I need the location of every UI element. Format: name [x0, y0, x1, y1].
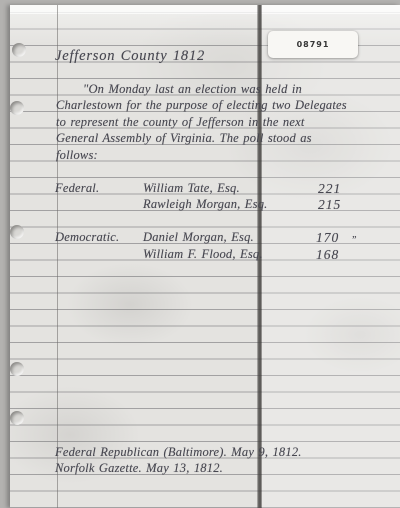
vote-count: 215	[318, 196, 341, 213]
hole-punch-5	[10, 411, 24, 425]
notebook-paper: 08791 Jefferson County 1812 "On Monday l…	[10, 5, 400, 508]
ditto-mark: ”	[351, 232, 357, 249]
paragraph-line-4: General Assembly of Virginia. The poll s…	[56, 130, 312, 147]
hole-punch-4	[10, 362, 24, 376]
citation-line-2: Norfolk Gazette. May 13, 1812.	[55, 460, 223, 477]
hole-punch-3	[10, 225, 24, 239]
paragraph-line-5: follows:	[56, 147, 98, 164]
vote-count: 170	[316, 229, 339, 246]
paragraph-line-1: "On Monday last an election was held in	[83, 81, 302, 98]
candidate-name: Rawleigh Morgan, Esq.	[143, 196, 267, 213]
candidate-name: Daniel Morgan, Esq.	[143, 229, 254, 246]
party-label: Democratic.	[55, 229, 119, 246]
candidate-name: William F. Flood, Esq.	[143, 246, 263, 263]
paragraph-line-3: to represent the county of Jefferson in …	[56, 114, 305, 131]
catalog-sticker: 08791	[268, 31, 358, 58]
margin-line	[57, 5, 58, 508]
hole-punch-1	[12, 43, 26, 57]
citation-line-1: Federal Republican (Baltimore). May 9, 1…	[55, 444, 302, 461]
candidate-name: William Tate, Esq.	[143, 180, 240, 197]
paragraph-line-2: Charlestown for the purpose of electing …	[56, 97, 347, 114]
hole-punch-2	[10, 101, 24, 115]
party-label: Federal.	[55, 180, 99, 197]
scanned-document: { "document": { "catalog_number": "08791…	[0, 0, 400, 508]
vote-count: 168	[316, 246, 339, 263]
catalog-number: 08791	[297, 40, 330, 49]
page-title: Jefferson County 1812	[55, 48, 205, 65]
vote-count: 221	[318, 180, 341, 197]
